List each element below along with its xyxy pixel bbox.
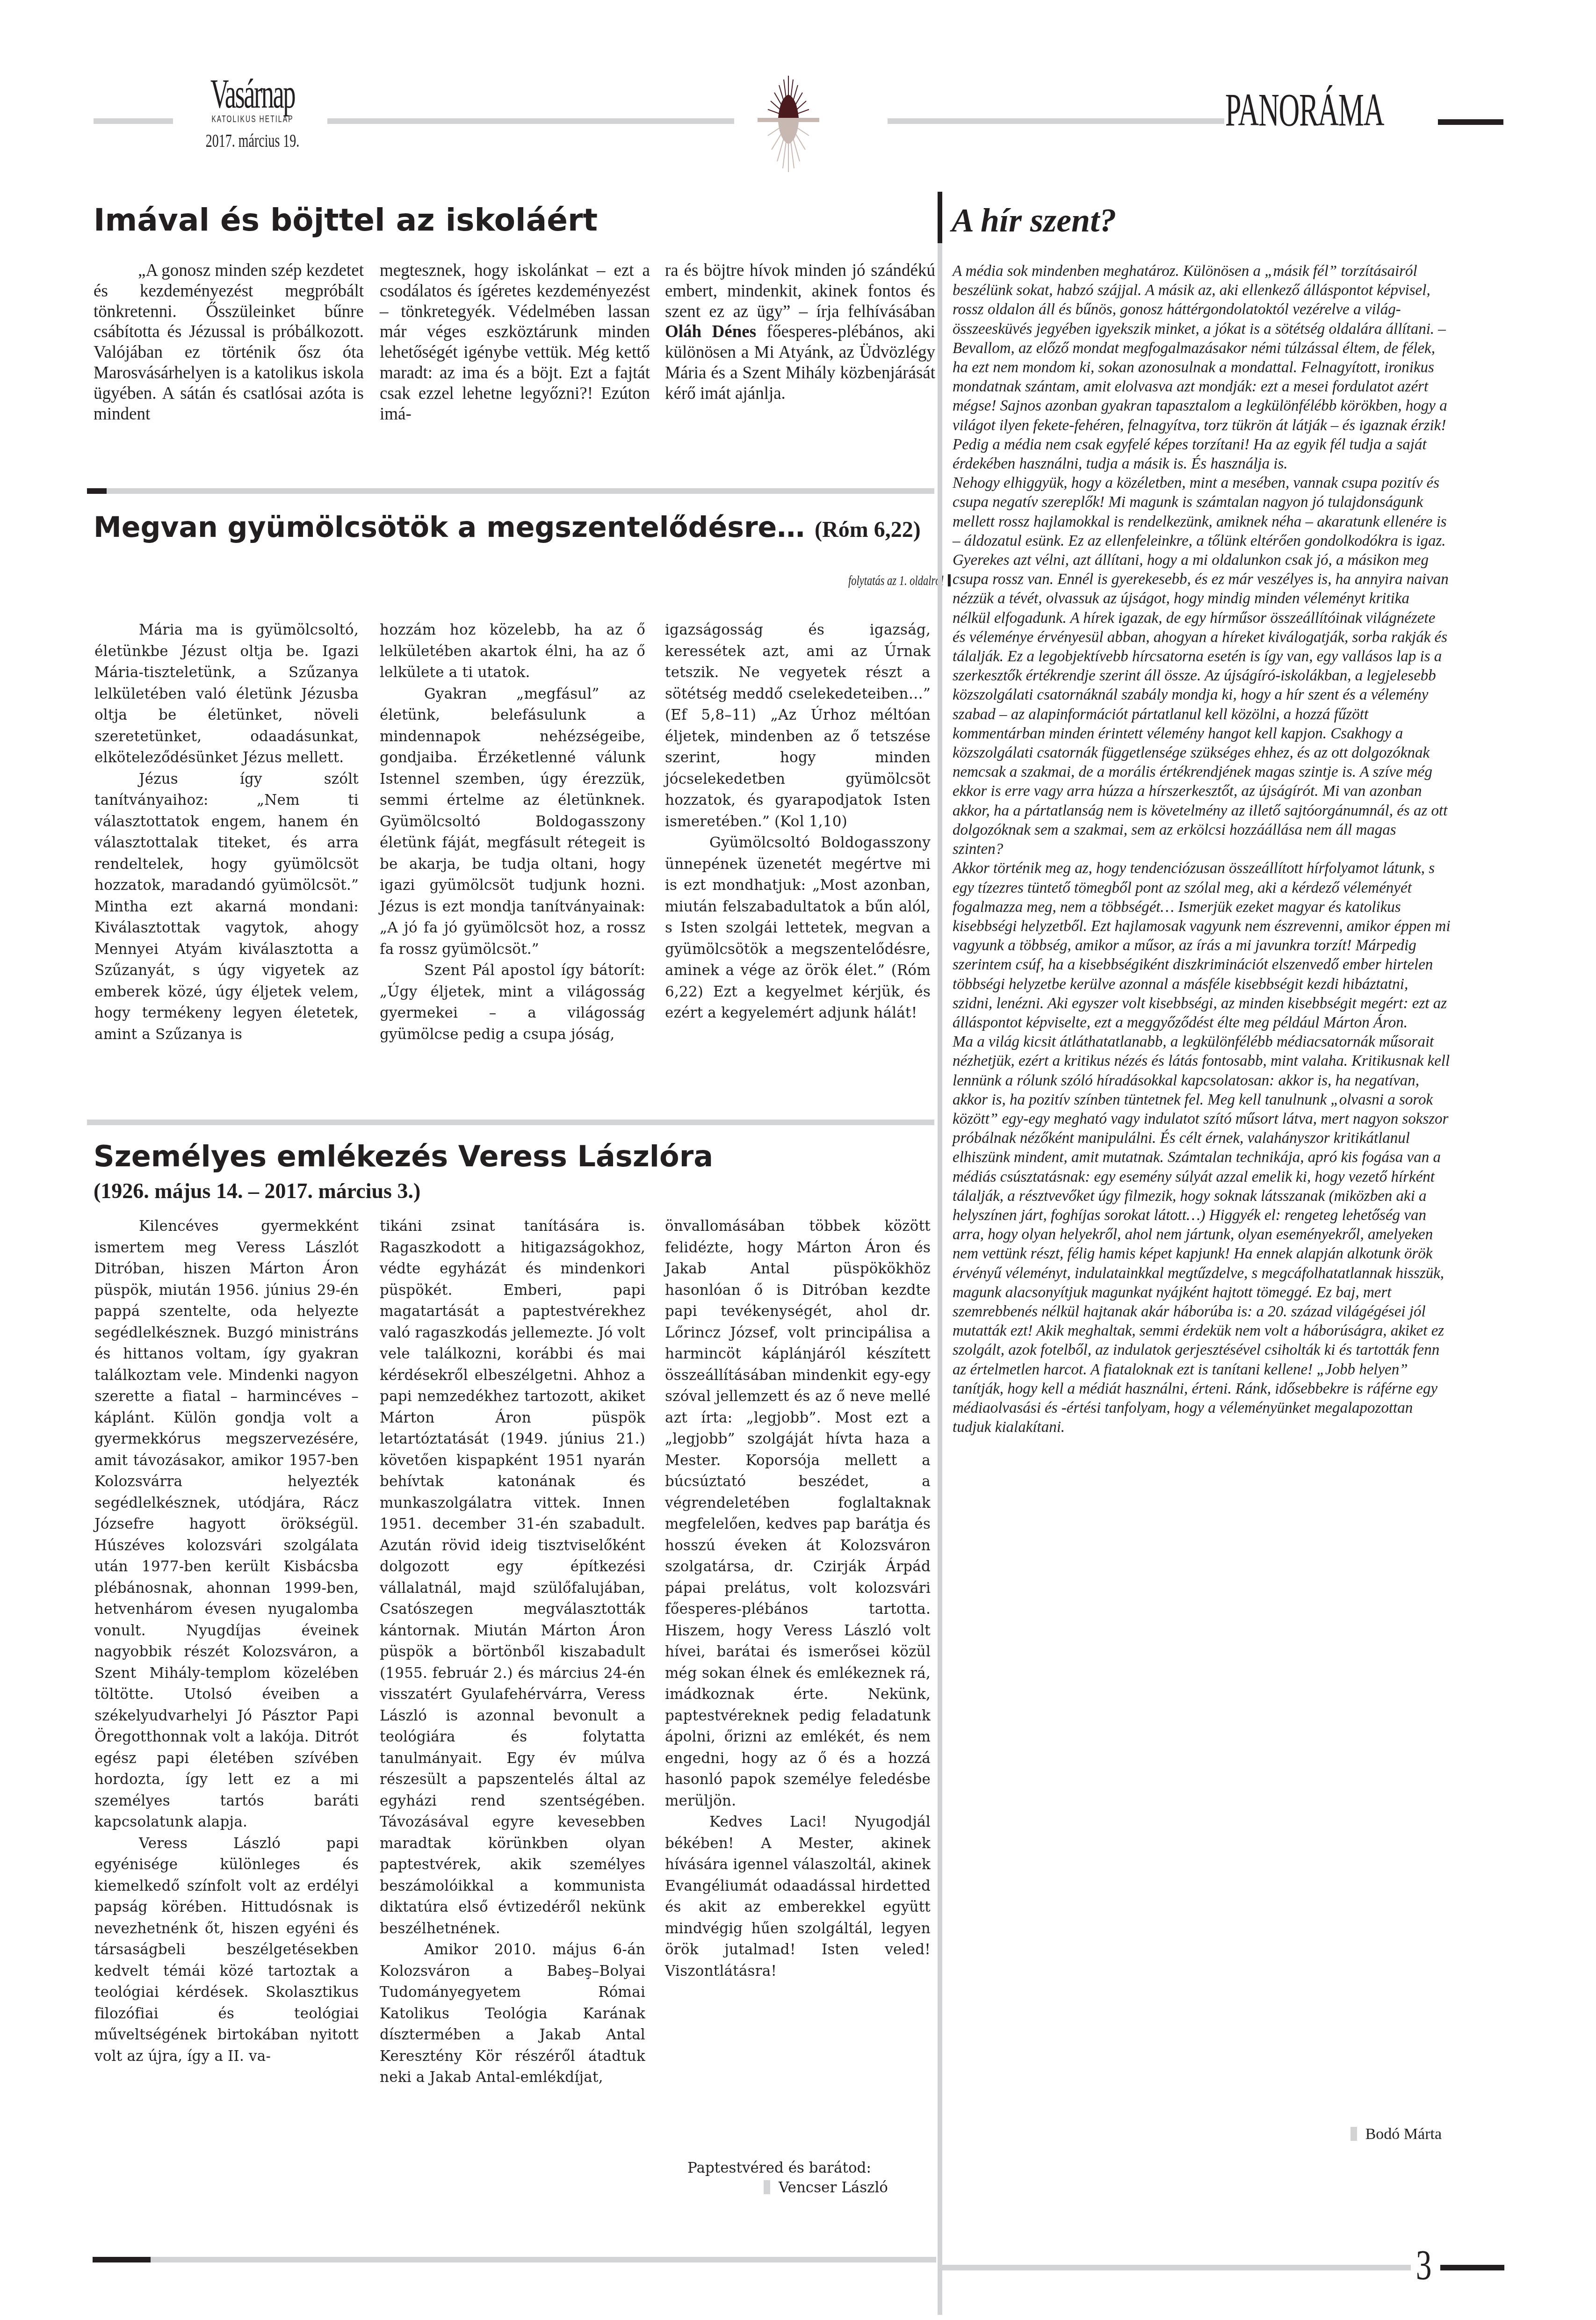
publication-logo: Vasárnap KATOLIKUS HETILAP 2017. március… (175, 75, 330, 152)
end-mark (948, 574, 951, 586)
paragraph: Gyümölcsoltó Boldogasszony ünnepének üze… (665, 832, 931, 1024)
paragraph: önvallomásában többek között felidézte, … (665, 1216, 931, 1812)
article-column: önvallomásában többek között felidézte, … (665, 1216, 931, 1982)
continued-from-label: folytatás az 1. oldalról (848, 573, 951, 589)
article-column: igazságosság és igazság, keressétek azt,… (665, 620, 931, 1024)
issue-date: 2017. március 19. (199, 130, 307, 152)
article-column: hozzám hoz közelebb, ha az ő lelkületébe… (380, 620, 645, 1045)
author-signature: Vencser László (764, 2179, 888, 2196)
section-divider (107, 488, 934, 494)
masthead-rule-mid-right (888, 118, 1224, 124)
closing-line: Paptestvéred és barátod: (687, 2160, 871, 2176)
author-name: Oláh Dénes (665, 322, 756, 341)
article-headline: Imával és böjttel az iskoláért (94, 202, 598, 238)
publication-subtitle: KATOLIKUS HETILAP (199, 114, 307, 125)
masthead-rule-mid-left (327, 118, 734, 124)
paragraph: hozzám hoz közelebb, ha az ő lelkületébe… (380, 620, 645, 684)
paragraph: megtesznek, hogy iskolánkat – ezt a csod… (380, 260, 650, 424)
editorial-vertical-rule-accent (938, 192, 942, 243)
signature-mark (1350, 2127, 1357, 2141)
article-column: megtesznek, hogy iskolánkat – ezt a csod… (380, 260, 650, 424)
editorial-body: A média sok mindenben meghatároz. Különö… (953, 262, 1451, 1437)
paragraph: Veress László papi egyénisége különleges… (94, 1833, 359, 2067)
article-subtitle-dates: (1926. május 14. – 2017. március 3.) (94, 1178, 420, 1203)
editorial-author: Bodó Márta (1350, 2125, 1442, 2143)
paragraph: Kilencéves gyermekként ismertem meg Vere… (94, 1216, 359, 1833)
paragraph: Akkor történik meg az, hogy tendenciózus… (953, 859, 1451, 1033)
paragraph: ra és böjtre hívok minden jó szándékú em… (665, 260, 935, 404)
article-column: tikáni zsinat tanítására is. Ragaszkodot… (380, 1216, 645, 2089)
article-headline: Megvan gyümölcsötök a megszentelődésre… … (94, 511, 921, 544)
paragraph: Amikor 2010. május 6-án Kolozsváron a Ba… (380, 1939, 645, 2089)
paragraph: Gyakran „megfásul” az életünk, belefásul… (380, 684, 645, 961)
paragraph: Nehogy elhiggyük, hogy a közéletben, min… (953, 474, 1451, 859)
editorial-vertical-rule (938, 192, 942, 2315)
editorial-title: A hír szent? (952, 201, 1116, 240)
signature-mark (764, 2180, 770, 2194)
section-divider-accent (87, 488, 107, 494)
paragraph: igazságosság és igazság, keressétek azt,… (665, 620, 931, 832)
article-column: Mária ma is gyümölcsoltó, életünkbe Jézu… (94, 620, 359, 1045)
paragraph: A média sok mindenben meghatároz. Különö… (953, 262, 1451, 474)
section-divider (87, 1120, 934, 1125)
section-rule-dark (1438, 119, 1503, 125)
bible-reference: (Róm 6,22) (815, 517, 921, 542)
page-footer-rule (941, 2265, 1411, 2270)
paragraph: „A gonosz minden szép kezdetet és kezdem… (94, 260, 364, 424)
masthead: Vasárnap KATOLIKUS HETILAP 2017. március… (0, 0, 1596, 187)
section-title: PANORÁMA (1225, 87, 1384, 133)
paragraph: Mária ma is gyümölcsoltó, életünkbe Jézu… (94, 620, 359, 769)
article-column: „A gonosz minden szép kezdetet és kezdem… (94, 260, 364, 424)
sun-rays-icon (747, 75, 830, 173)
page-number: 3 (1416, 2245, 1432, 2287)
article-column: Kilencéves gyermekként ismertem meg Vere… (94, 1216, 359, 2067)
footer-rule-accent (93, 2257, 151, 2262)
article-headline: Személyes emlékezés Veress Lászlóra (94, 1139, 713, 1173)
masthead-rule-left (94, 118, 173, 124)
paragraph: Szent Pál apostol így bátorít: „Úgy élje… (380, 960, 645, 1045)
publication-name: Vasárnap (205, 75, 301, 114)
paragraph: Ma a világ kicsit átláthatatlanabb, a le… (953, 1033, 1451, 1437)
footer-rule (151, 2257, 936, 2262)
article-column: ra és böjtre hívok minden jó szándékú em… (665, 260, 935, 404)
paragraph: Kedves Laci! Nyugodjál békében! A Mester… (665, 1812, 931, 1982)
page-footer-rule-accent (1440, 2265, 1504, 2270)
paragraph: tikáni zsinat tanítására is. Ragaszkodot… (380, 1216, 645, 1939)
paragraph: Jézus így szólt tanítványaihoz: „Nem ti … (94, 769, 359, 1046)
